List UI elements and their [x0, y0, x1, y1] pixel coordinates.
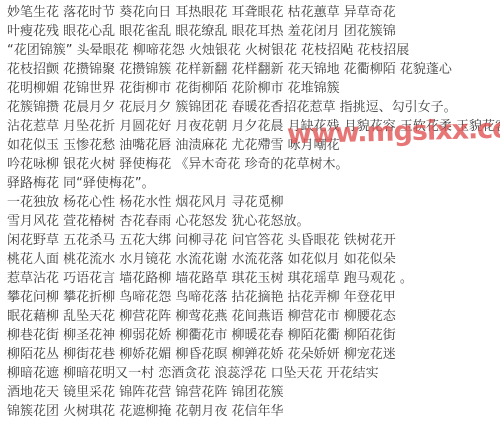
idiom-line: 花簇锦攒 花晨月夕 花辰月夕 簇锦团花 春暖花香招花惹草 指挑逗、勾引女子。: [7, 98, 500, 117]
idiom-line: 桃花人面 桃花流水 水月镜花 水流花谢 水流花落 如花似月 如花似朵: [7, 250, 500, 269]
idiom-line: 如花似玉 玉惨花愁 油嘴花唇 油渍麻花 尤花殢雪 咏月嘲花: [7, 136, 500, 155]
idiom-line: 柳陌花丛 柳街花巷 柳娇花媚 柳昏花暝 柳亸花娇 花朵娇妍 柳宠花迷: [7, 345, 500, 364]
idiom-line: 驿路梅花 同“驿使梅花”。: [7, 174, 500, 193]
idiom-line: 闲花野草 五花杀马 五花大绑 问柳寻花 问官答花 头昏眼花 铁树花开: [7, 231, 500, 250]
idiom-line: 锦簇花团 火树琪花 花遮柳掩 花朝月夜 花信年华: [7, 402, 500, 421]
idiom-line: 惹草沾花 巧语花言 墙花路柳 墙花路草 琪花玉树 琪花瑶草 跑马观花 。: [7, 269, 500, 288]
idiom-line: 花枝招颤 花攒锦聚 花攒锦簇 花样新翻 花样翻新 花天锦地 花衢柳陌 花貌蓬心: [7, 60, 500, 79]
idiom-line: 叶瘦花残 眼花心乱 眼花雀乱 眼花缭乱 眼花耳热 羞花闭月 团花簇锦: [7, 22, 500, 41]
idiom-line: 沾花惹草 月坠花折 月圆花好 月夜花朝 月夕花晨 月缺花残 月貌花容 玉软花柔 …: [7, 117, 500, 136]
idiom-line: 妙笔生花 落花时节 葵花向日 耳热眼花 耳聋眼花 枯花蕙草 异草奇花: [7, 3, 500, 22]
idiom-line: 眠花藉柳 乱坠天花 柳营花阵 柳莺花燕 花间燕语 柳营花市 柳腰花态: [7, 307, 500, 326]
idiom-line: “花团锦簇” 头晕眼花 柳啼花怨 火烛银花 火树银花 花枝招飐 花枝招展: [7, 41, 500, 60]
document-body: 妙笔生花 落花时节 葵花向日 耳热眼花 耳聋眼花 枯花蕙草 异草奇花 叶瘦花残 …: [7, 3, 500, 421]
idiom-line: 花明柳媚 花锦世界 花街柳市 花街柳陌 花阶柳市 花堆锦簇: [7, 79, 500, 98]
idiom-line: 柳巷花街 柳圣花神 柳弱花娇 柳衢花市 柳暖花春 柳陌花衢 柳陌花街: [7, 326, 500, 345]
idiom-line: 攀花问柳 攀花折柳 鸟啼花怨 鸟啼花落 拈花摘艳 拈花弄柳 年登花甲: [7, 288, 500, 307]
idiom-line: 一花独放 杨花心性 杨花水性 烟花风月 寻花觅柳: [7, 193, 500, 212]
idiom-line: 雪月风花 萱花椿树 杏花春雨 心花怒发 犹心花怒放。: [7, 212, 500, 231]
idiom-line: 吟花咏柳 银花火树 驿使梅花 《异木奇花 珍奇的花草树木。: [7, 155, 500, 174]
idiom-line: 酒地花天 镜里采花 锦阵花营 锦营花阵 锦团花簇: [7, 383, 500, 402]
idiom-line: 柳暗花遮 柳暗花明又一村 恋酒贪花 浪蕊浮花 口坠天花 开花结实: [7, 364, 500, 383]
